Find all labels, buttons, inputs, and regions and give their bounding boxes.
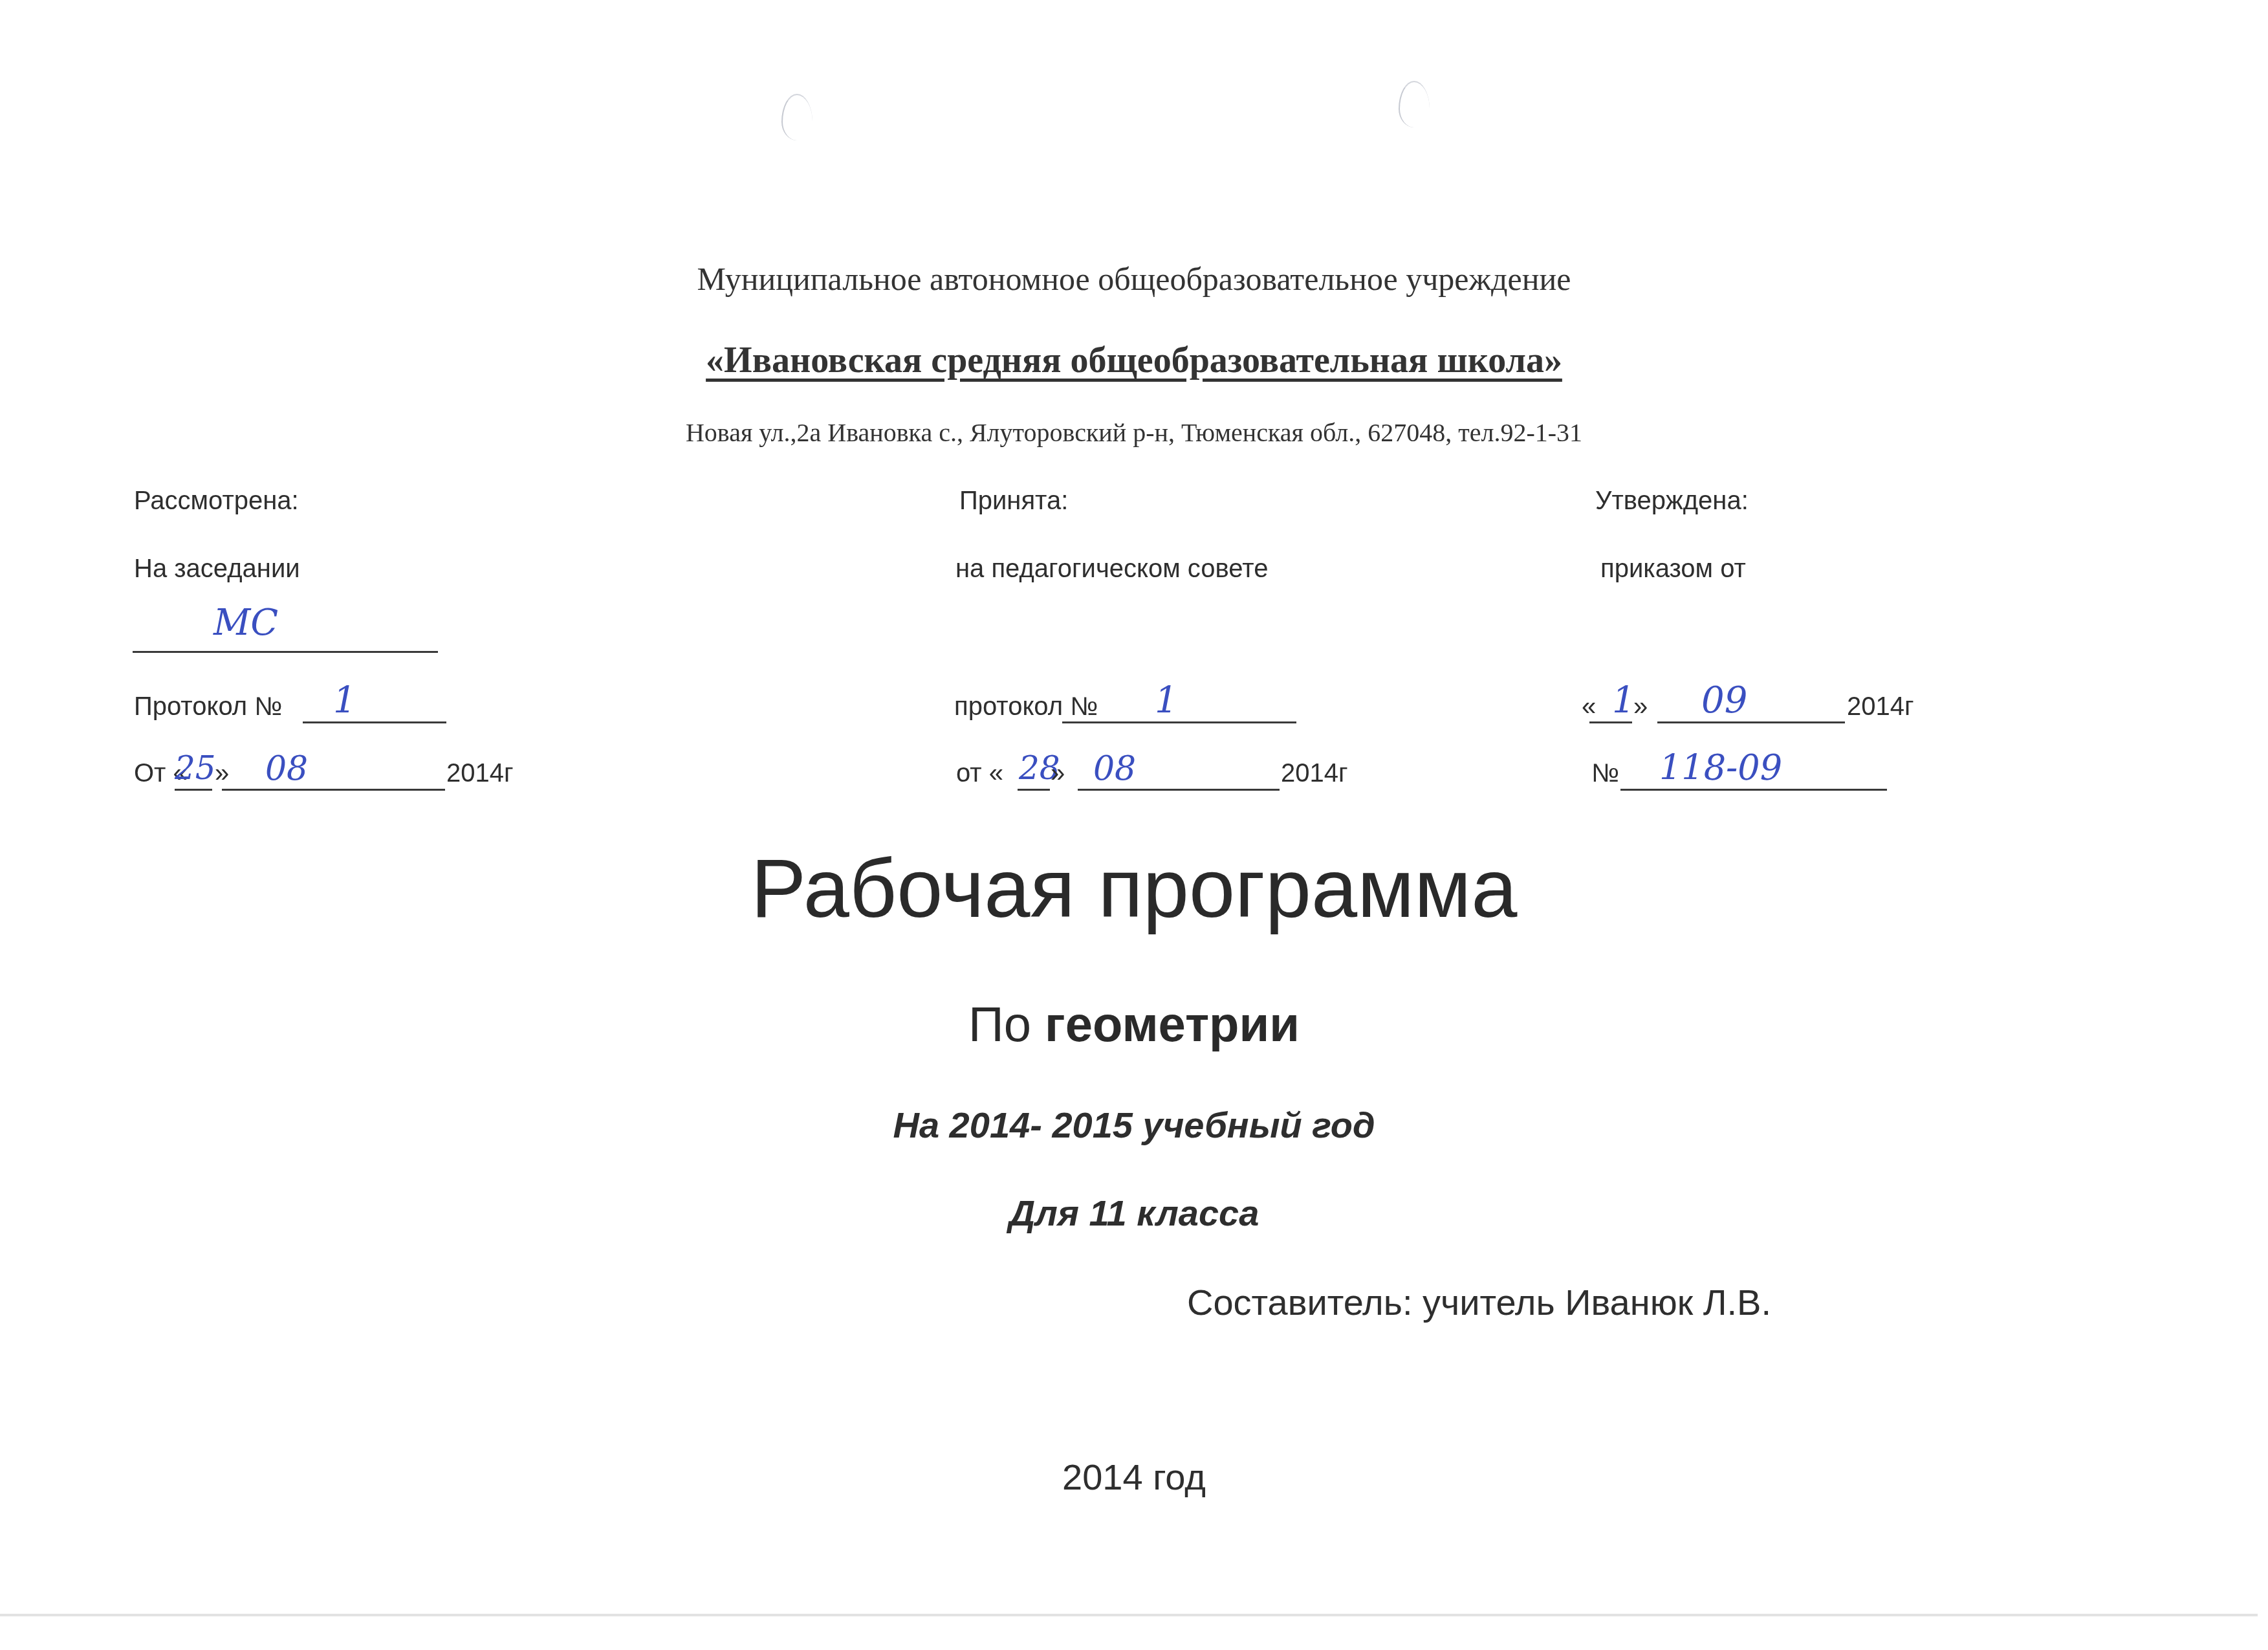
approved-date-year: 2014г: [1847, 692, 1914, 721]
author: Составитель: учитель Иванюк Л.В.: [1187, 1281, 1771, 1323]
approved-date-month: 09: [1701, 679, 1747, 721]
punch-hole-mark-left: [781, 94, 812, 140]
approved-date-month-line: [1657, 721, 1845, 723]
reviewed-protocol-label: Протокол №: [134, 692, 282, 721]
reviewed-body: На заседании: [134, 555, 300, 584]
school-address: Новая ул.,2а Ивановка с., Ялуторовский р…: [0, 417, 2268, 448]
reviewed-date-month: 08: [265, 749, 308, 788]
date-month-line: [222, 789, 445, 791]
reviewed-heading: Рассмотрена:: [134, 487, 299, 516]
document-page: Муниципальное автономное общеобразовател…: [0, 0, 2268, 1650]
approved-date-day: 1: [1612, 679, 1635, 721]
subject-prefix: По: [968, 997, 1045, 1052]
accepted-date-quote-close: »: [1051, 759, 1065, 788]
footer-year: 2014 год: [0, 1456, 2268, 1498]
document-title: Рабочая программа: [0, 841, 2268, 936]
subject-line: По геометрии: [0, 996, 2268, 1053]
grade-level: Для 11 класса: [0, 1192, 2268, 1234]
approved-order-value: 118-09: [1659, 747, 1782, 788]
subject-name: геометрии: [1045, 997, 1300, 1052]
reviewed-date-quote-close: »: [215, 759, 229, 788]
organization-type: Муниципальное автономное общеобразовател…: [0, 260, 2268, 298]
reviewed-date-year: 2014г: [446, 759, 514, 788]
signature-line: [133, 651, 438, 653]
approved-heading: Утверждена:: [1595, 487, 1749, 516]
accepted-heading: Принята:: [959, 487, 1068, 516]
accepted-body: на педагогическом совете: [955, 555, 1268, 584]
accepted-date-month: 08: [1093, 749, 1136, 788]
school-year: На 2014- 2015 учебный год: [0, 1104, 2268, 1146]
approved-date-prefix: «: [1582, 692, 1596, 721]
accepted-protocol-line: [1062, 721, 1296, 723]
punch-hole-mark-right: [1399, 81, 1430, 127]
approved-date-quote-close: »: [1633, 692, 1648, 721]
approved-order-label: №: [1591, 759, 1619, 788]
accepted-protocol-label: протокол №: [954, 692, 1098, 721]
reviewed-date-day: 25: [175, 749, 216, 787]
order-number-line: [1620, 789, 1887, 791]
date-day-line: [175, 789, 212, 791]
reviewed-protocol-value: 1: [333, 679, 356, 721]
accepted-date-year: 2014г: [1281, 759, 1348, 788]
approved-body: приказом от: [1600, 555, 1746, 584]
accepted-date-prefix: от «: [956, 759, 1003, 788]
scan-edge-shadow: [0, 1614, 2258, 1616]
school-name: «Ивановская средняя общеобразовательная …: [0, 340, 2268, 381]
accepted-protocol-value: 1: [1155, 679, 1178, 721]
reviewed-signature: МС: [213, 602, 278, 644]
accepted-date-day-line: [1018, 789, 1050, 791]
accepted-date-month-line: [1078, 789, 1280, 791]
protocol-number-line: [303, 721, 446, 723]
approved-date-day-line: [1589, 721, 1632, 723]
